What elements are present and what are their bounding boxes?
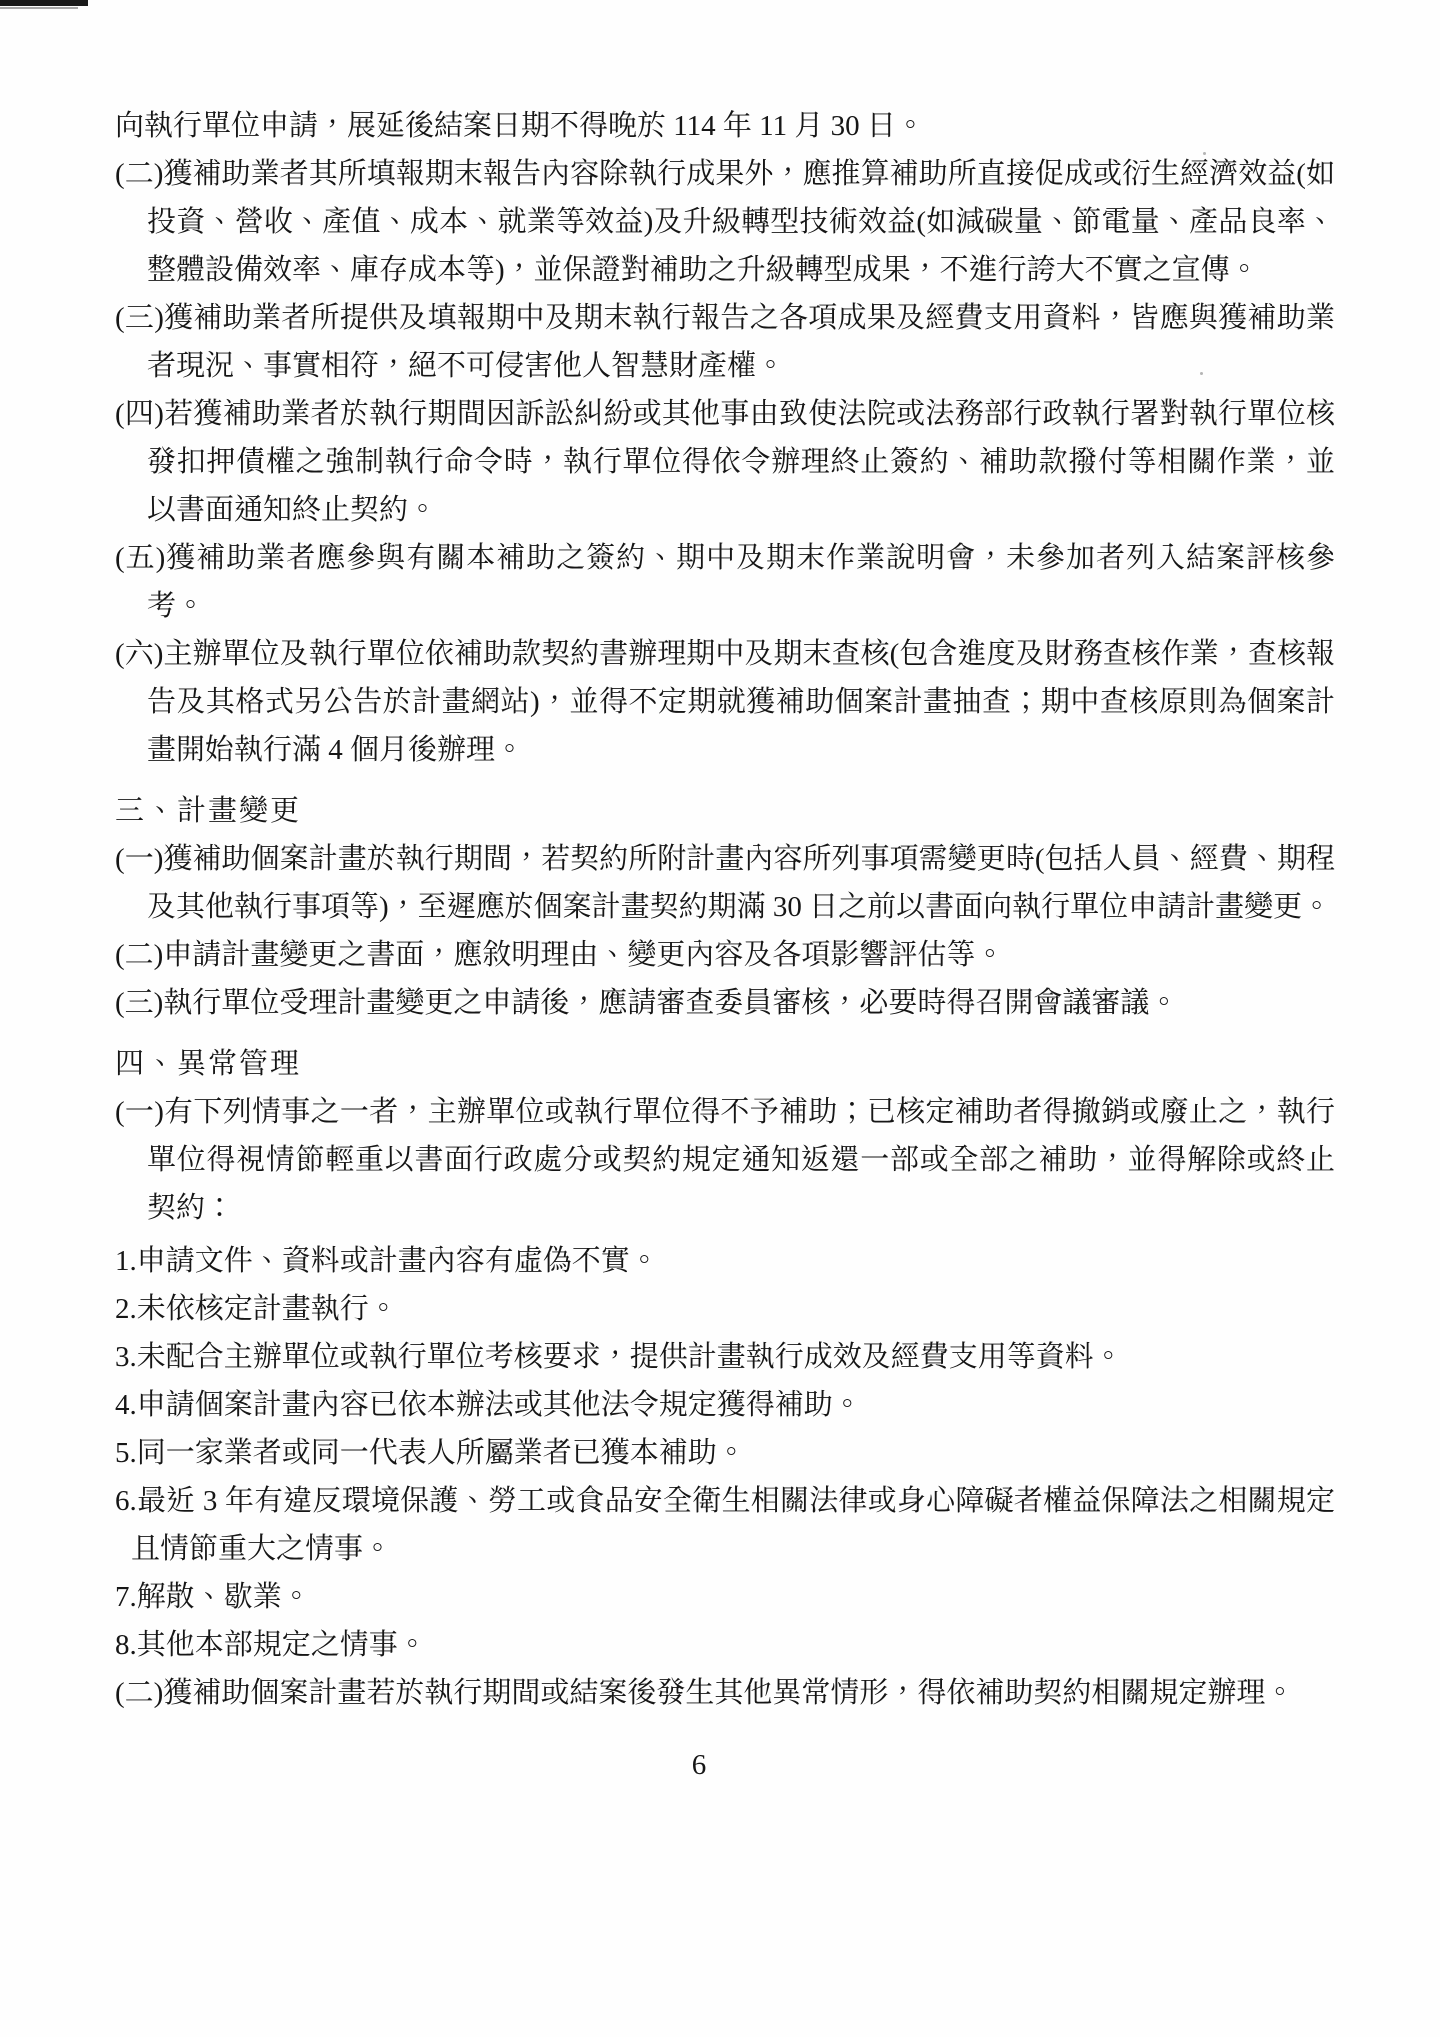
item-marker: (二)	[115, 1677, 163, 1709]
numbered-item-3: 3.未配合主辦單位或執行單位考核要求，提供計畫執行成效及經費支用等資料。	[115, 1333, 1335, 1381]
paragraph-continuation: 向執行單位申請，展延後結案日期不得晚於 114 年 11 月 30 日。	[115, 102, 1335, 150]
item-marker: 1.	[115, 1245, 137, 1277]
numbered-item-6: 6.最近 3 年有違反環境保護、勞工或食品安全衛生相關法律或身心障礙者權益保障法…	[115, 1477, 1335, 1573]
item-marker: (一)	[115, 843, 163, 875]
page-number: 6	[89, 1741, 1309, 1789]
item-text: 獲補助業者應參與有關本補助之簽約、期中及期末作業說明會，未參加者列入結案評核參考…	[147, 542, 1335, 622]
item-text: 獲補助個案計畫於執行期間，若契約所附計畫內容所列事項需變更時(包括人員、經費、期…	[147, 843, 1335, 923]
item-text: 解散、歇業。	[137, 1581, 311, 1613]
item-marker: (二)	[115, 939, 163, 971]
item-marker: (二)	[115, 158, 163, 190]
numbered-item-1: 1.申請文件、資料或計畫內容有虛偽不實。	[115, 1237, 1335, 1285]
item-marker: 3.	[115, 1341, 137, 1373]
item-text: 主辦單位及執行單位依補助款契約書辦理期中及期末查核(包含進度及財務查核作業，查核…	[147, 638, 1335, 766]
item-text: 申請個案計畫內容已依本辦法或其他法令規定獲得補助。	[137, 1389, 862, 1421]
item-marker: 6.	[115, 1485, 137, 1517]
item-marker: (四)	[115, 398, 164, 430]
list-item-2-5: (五)獲補助業者應參與有關本補助之簽約、期中及期末作業說明會，未參加者列入結案評…	[115, 534, 1335, 630]
numbered-item-8: 8.其他本部規定之情事。	[115, 1621, 1335, 1669]
item-text: 未配合主辦單位或執行單位考核要求，提供計畫執行成效及經費支用等資料。	[137, 1341, 1123, 1373]
item-marker: 5.	[115, 1437, 137, 1469]
list-item-3-1: (一)獲補助個案計畫於執行期間，若契約所附計畫內容所列事項需變更時(包括人員、經…	[115, 835, 1335, 931]
item-text: 其他本部規定之情事。	[137, 1629, 427, 1661]
item-text: 最近 3 年有違反環境保護、勞工或食品安全衛生相關法律或身心障礙者權益保障法之相…	[131, 1485, 1335, 1565]
section-heading-3: 三、計畫變更	[115, 787, 1335, 835]
item-marker: (一)	[115, 1096, 164, 1128]
item-text: 獲補助業者所提供及填報期中及期末執行報告之各項成果及經費支用資料，皆應與獲補助業…	[147, 302, 1335, 382]
item-marker: (三)	[115, 987, 163, 1019]
item-marker: 8.	[115, 1629, 137, 1661]
item-marker: 2.	[115, 1293, 137, 1325]
item-text: 獲補助業者其所填報期末報告內容除執行成果外，應推算補助所直接促成或衍生經濟效益(…	[147, 158, 1335, 286]
item-text: 有下列情事之一者，主辦單位或執行單位得不予補助；已核定補助者得撤銷或廢止之，執行…	[147, 1096, 1335, 1224]
list-item-3-3: (三)執行單位受理計畫變更之申請後，應請審查委員審核，必要時得召開會議審議。	[115, 979, 1335, 1027]
item-text: 申請文件、資料或計畫內容有虛偽不實。	[137, 1245, 659, 1277]
item-marker: 4.	[115, 1389, 137, 1421]
list-item-3-2: (二)申請計畫變更之書面，應敘明理由、變更內容及各項影響評估等。	[115, 931, 1335, 979]
item-text: 獲補助個案計畫若於執行期間或結案後發生其他異常情形，得依補助契約相關規定辦理。	[163, 1677, 1294, 1709]
list-item-2-3: (三)獲補助業者所提供及填報期中及期末執行報告之各項成果及經費支用資料，皆應與獲…	[115, 294, 1335, 390]
item-marker: (三)	[115, 302, 164, 334]
list-item-4-1: (一)有下列情事之一者，主辦單位或執行單位得不予補助；已核定補助者得撤銷或廢止之…	[115, 1088, 1335, 1232]
numbered-item-7: 7.解散、歇業。	[115, 1573, 1335, 1621]
list-item-2-2: (二)獲補助業者其所填報期末報告內容除執行成果外，應推算補助所直接促成或衍生經濟…	[115, 150, 1335, 294]
scan-artifact-line	[0, 7, 78, 9]
numbered-item-5: 5.同一家業者或同一代表人所屬業者已獲本補助。	[115, 1429, 1335, 1477]
item-marker: (五)	[115, 542, 165, 574]
item-text: 未依核定計畫執行。	[137, 1293, 398, 1325]
list-item-2-6: (六)主辦單位及執行單位依補助款契約書辦理期中及期末查核(包含進度及財務查核作業…	[115, 630, 1335, 774]
section-heading-4: 四、異常管理	[115, 1040, 1335, 1088]
list-item-4-2: (二)獲補助個案計畫若於執行期間或結案後發生其他異常情形，得依補助契約相關規定辦…	[115, 1669, 1335, 1717]
item-text: 若獲補助業者於執行期間因訴訟糾紛或其他事由致使法院或法務部行政執行署對執行單位核…	[147, 398, 1335, 526]
list-item-2-4: (四)若獲補助業者於執行期間因訴訟糾紛或其他事由致使法院或法務部行政執行署對執行…	[115, 390, 1335, 534]
scan-artifact-bar	[0, 0, 88, 6]
document-page: 向執行單位申請，展延後結案日期不得晚於 114 年 11 月 30 日。 (二)…	[115, 0, 1335, 1789]
item-text: 申請計畫變更之書面，應敘明理由、變更內容及各項影響評估等。	[163, 939, 1004, 971]
item-marker: 7.	[115, 1581, 137, 1613]
item-marker: (六)	[115, 638, 163, 670]
numbered-item-2: 2.未依核定計畫執行。	[115, 1285, 1335, 1333]
item-text: 執行單位受理計畫變更之申請後，應請審查委員審核，必要時得召開會議審議。	[163, 987, 1178, 1019]
numbered-item-4: 4.申請個案計畫內容已依本辦法或其他法令規定獲得補助。	[115, 1381, 1335, 1429]
item-text: 同一家業者或同一代表人所屬業者已獲本補助。	[137, 1437, 746, 1469]
